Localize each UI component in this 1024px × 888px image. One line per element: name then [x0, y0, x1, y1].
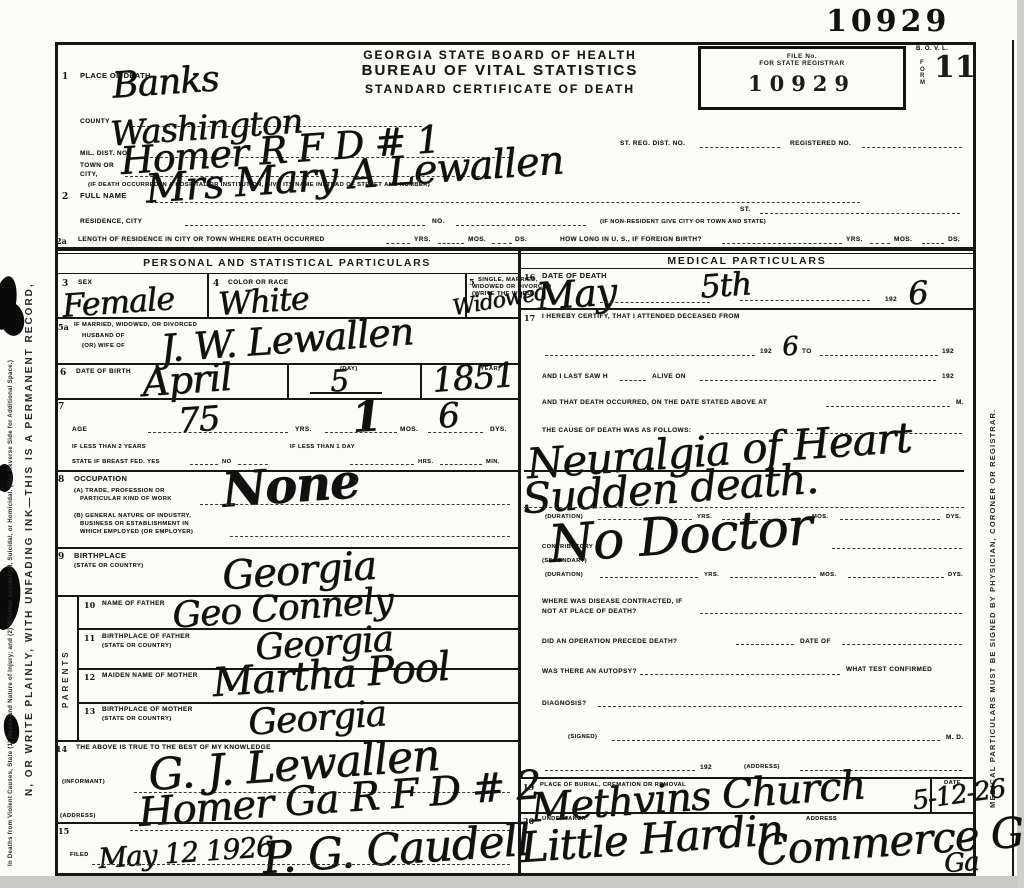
file-box-line1: FILE No.	[701, 53, 903, 60]
rule	[350, 464, 414, 465]
filed-label: FILED	[70, 852, 89, 859]
occupation-a-2: PARTICULAR KIND OF WORK	[80, 496, 172, 503]
county-handwriting: Banks	[111, 58, 220, 106]
occupation-handwriting: None	[220, 453, 361, 518]
duration-mos-1: MOS.	[812, 514, 828, 521]
contracted-label-1: WHERE WAS DISEASE CONTRACTED, IF	[542, 598, 683, 605]
item-13-number: 13	[84, 706, 95, 716]
informant-label: (INFORMANT)	[62, 779, 105, 786]
left-margin-note-inner: N, OR WRITE PLAINLY, WITH UNFADING INK—T…	[24, 282, 35, 796]
occupation-b-3: WHICH EMPLOYED (OR EMPLOYER)	[80, 529, 193, 536]
breast-fed-label: STATE IF BREAST FED. YES	[72, 459, 160, 466]
age-days-handwriting: 6	[437, 395, 460, 436]
item-12-number: 12	[84, 672, 95, 682]
rule	[598, 706, 962, 707]
residence-no-label: NO.	[432, 218, 445, 225]
mother-label: MAIDEN NAME OF MOTHER	[102, 672, 198, 679]
form-border-top	[55, 42, 976, 45]
dod-year-handwriting: 6	[907, 273, 929, 312]
age-mos-label: MOS.	[400, 426, 418, 433]
left-margin-note-outer: In Deaths from Violent Causes, State (1)…	[8, 360, 14, 866]
rule	[428, 432, 483, 433]
filed-date-handwriting: May 12 1926	[97, 830, 274, 875]
test-label: WHAT TEST CONFIRMED	[846, 666, 932, 673]
rule	[600, 577, 698, 578]
ds-label-1: DS.	[515, 236, 527, 243]
cell-divider	[420, 364, 422, 398]
rule	[612, 740, 940, 741]
occupation-b-2: BUSINESS OR ESTABLISHMENT IN	[80, 521, 189, 528]
item-15-number: 15	[58, 826, 69, 836]
item-2a-number: 2a	[56, 236, 67, 246]
section-divider-thin	[55, 253, 976, 254]
attended-year-handwriting: 6	[781, 331, 799, 362]
attended-192-a: 192	[760, 348, 772, 355]
corner-form-word: FORM	[920, 60, 928, 86]
duration-mos-2: MOS.	[820, 572, 836, 579]
father-label: NAME OF FATHER	[102, 600, 165, 607]
alive-on-label: ALIVE ON	[652, 373, 686, 380]
age-dys-label: DYS.	[490, 426, 507, 433]
item-2-number: 2	[62, 192, 68, 202]
item-1-number: 1	[62, 72, 68, 82]
mother-bp-note: (STATE OR COUNTRY)	[102, 716, 172, 723]
registered-no-rule	[862, 147, 962, 148]
rule	[386, 243, 410, 244]
rule	[148, 432, 288, 433]
ds-label-2: DS.	[948, 236, 960, 243]
rule	[730, 577, 816, 578]
dob-label: DATE OF BIRTH	[76, 368, 131, 375]
town-label-1: TOWN OR	[80, 162, 114, 169]
rule	[545, 355, 755, 356]
alive-192-c: 192	[942, 373, 954, 380]
rule	[922, 243, 944, 244]
rule	[325, 432, 397, 433]
signed-label: (SIGNED)	[568, 734, 597, 741]
personal-title: PERSONAL AND STATISTICAL PARTICULARS	[55, 257, 519, 269]
less-than-1-label: IF LESS THAN 1 DAY	[290, 444, 355, 451]
residence-rule-2	[456, 225, 586, 226]
autopsy-label: WAS THERE AN AUTOPSY?	[542, 668, 637, 675]
rule	[722, 243, 842, 244]
item-9-number: 9	[58, 552, 64, 562]
rule	[740, 300, 870, 301]
file-box-line2: FOR STATE REGISTRAR	[701, 60, 903, 67]
item-10-number: 10	[84, 600, 95, 610]
stamp-number: 10929	[826, 4, 950, 39]
registered-no-label: REGISTERED NO.	[790, 140, 851, 147]
st-reg-dist-label: ST. REG. DIST. NO.	[620, 140, 685, 147]
dod-year-printed: 192	[885, 296, 897, 303]
mos-label-2: MOS.	[894, 236, 912, 243]
header-board: GEORGIA STATE BOARD OF HEALTH	[300, 48, 700, 62]
town-label-2: CITY,	[80, 171, 98, 178]
birthplace-note: (STATE OR COUNTRY)	[74, 563, 144, 570]
rule	[190, 464, 218, 465]
rule	[545, 770, 695, 771]
ga-flourish-handwriting: Ga	[943, 847, 979, 879]
st-reg-rule	[700, 147, 780, 148]
hrs-label: HRS.	[418, 459, 433, 466]
last-saw-label: AND I LAST SAW H	[542, 373, 608, 380]
cell-divider	[207, 274, 209, 317]
rule	[640, 674, 840, 675]
section-divider	[55, 247, 976, 251]
rule	[826, 406, 950, 407]
corner-form-number: 11	[934, 50, 976, 85]
item-8-number: 8	[58, 475, 64, 485]
rule	[832, 548, 962, 549]
item-5a-number: 5a	[58, 322, 69, 332]
form-border-bottom	[55, 873, 976, 876]
rule	[440, 464, 482, 465]
min-label: MIN.	[486, 459, 500, 466]
rule	[200, 504, 510, 505]
rule	[736, 644, 794, 645]
rule	[840, 519, 940, 520]
dod-month-handwriting: May	[535, 269, 618, 318]
scan-edge-bottom	[0, 876, 1024, 888]
informant-address-label: (ADDRESS)	[60, 813, 96, 820]
file-number-box: FILE No. FOR STATE REGISTRAR 10929	[698, 46, 906, 110]
certify-label: I HEREBY CERTIFY, THAT I ATTENDED DECEAS…	[542, 313, 740, 320]
rule	[492, 243, 512, 244]
rule	[870, 243, 890, 244]
rule	[848, 577, 944, 578]
outer-margin-rule	[1012, 40, 1014, 876]
death-certificate-scan: In Deaths from Violent Causes, State (1)…	[0, 0, 1024, 888]
contracted-label-2: NOT AT PLACE OF DEATH?	[542, 608, 637, 615]
duration-yrs-2: YRS.	[704, 572, 719, 579]
signed-192-d: 192	[700, 764, 712, 771]
rule	[700, 613, 962, 614]
attended-192-b: 192	[942, 348, 954, 355]
death-occurred-label: AND THAT DEATH OCCURRED, ON THE DATE STA…	[542, 399, 767, 406]
county-label: COUNTY	[80, 118, 110, 125]
age-years-handwriting: 75	[177, 399, 221, 442]
form-border-right	[973, 42, 976, 876]
dob-day-handwriting: 5	[329, 363, 349, 399]
duration-label-2: (DURATION)	[545, 572, 583, 579]
right-margin-note: MEDICAL PARTICULARS MUST BE SIGNED BY PH…	[988, 409, 997, 808]
item-17-number: 17	[524, 313, 535, 323]
residence-rule-1	[185, 225, 425, 226]
to-label: TO	[802, 348, 812, 355]
duration-dys-2: DYS.	[948, 572, 963, 579]
rule	[519, 308, 975, 310]
full-name-label: FULL NAME	[80, 192, 127, 201]
rule	[620, 380, 646, 381]
item-16-number: 16	[524, 272, 535, 282]
age-label: AGE	[72, 426, 87, 433]
yrs-label-1: YRS.	[414, 236, 431, 243]
residence-label: RESIDENCE, CITY	[80, 218, 142, 225]
mother-bp-label: BIRTHPLACE OF MOTHER	[102, 706, 193, 713]
rule	[92, 864, 510, 865]
yrs-label-2: YRS.	[846, 236, 863, 243]
duration-dys-1: DYS.	[946, 514, 961, 521]
dob-year-handwriting: 1851	[431, 355, 516, 401]
item-6-number: 6	[60, 368, 66, 378]
date-of-label: DATE OF	[800, 638, 831, 645]
parents-label: PARENTS	[61, 649, 70, 708]
file-box-number: 10929	[701, 71, 903, 96]
scan-edge-right	[1017, 0, 1024, 888]
rule	[438, 243, 464, 244]
rule	[700, 380, 936, 381]
rule	[600, 302, 710, 303]
less-than-2-label: IF LESS THAN 2 YEARS	[72, 444, 146, 451]
age-months-handwriting: 1	[350, 391, 382, 442]
residence-length-label: LENGTH OF RESIDENCE IN CITY OR TOWN WHER…	[78, 236, 325, 243]
occupation-b-1: (B) GENERAL NATURE OF INDUSTRY,	[74, 513, 191, 520]
mos-label-1: MOS.	[468, 236, 486, 243]
m-label: M.	[956, 399, 964, 406]
item-11-number: 11	[84, 633, 95, 643]
header-certificate: STANDARD CERTIFICATE OF DEATH	[300, 82, 700, 96]
cell-divider	[287, 364, 289, 398]
residence-st-label: ST.	[740, 206, 751, 213]
father-bp-label: BIRTHPLACE OF FATHER	[102, 633, 190, 640]
age-yrs-label: YRS.	[295, 426, 312, 433]
foreign-birth-label: HOW LONG IN U. S., IF FOREIGN BIRTH?	[560, 236, 702, 243]
rule	[842, 644, 962, 645]
rule	[820, 355, 938, 356]
undertaker-address-handwriting: Commerce Ga	[755, 806, 1024, 875]
rule	[55, 273, 519, 274]
diagnosis-label: DIAGNOSIS?	[542, 700, 586, 707]
occupation-a-1: (A) TRADE, PROFESSION OR	[74, 488, 165, 495]
header-bureau: BUREAU OF VITAL STATISTICS	[300, 62, 700, 79]
operation-label: DID AN OPERATION PRECEDE DEATH?	[542, 638, 677, 645]
occupation-label: OCCUPATION	[74, 475, 127, 484]
husband-label: HUSBAND OF	[82, 333, 125, 340]
md-label: M. D.	[946, 734, 964, 741]
father-bp-note: (STATE OR COUNTRY)	[102, 643, 172, 650]
item-7-number: 7	[58, 402, 64, 412]
residence-note: (IF NON-RESIDENT GIVE CITY OR TOWN AND S…	[600, 219, 766, 226]
wife-label: (OR) WIFE OF	[82, 343, 125, 350]
item-14-number: 14	[56, 744, 67, 754]
rule	[230, 536, 510, 537]
residence-rule-3	[760, 213, 960, 214]
birthplace-label: BIRTHPLACE	[74, 552, 126, 561]
